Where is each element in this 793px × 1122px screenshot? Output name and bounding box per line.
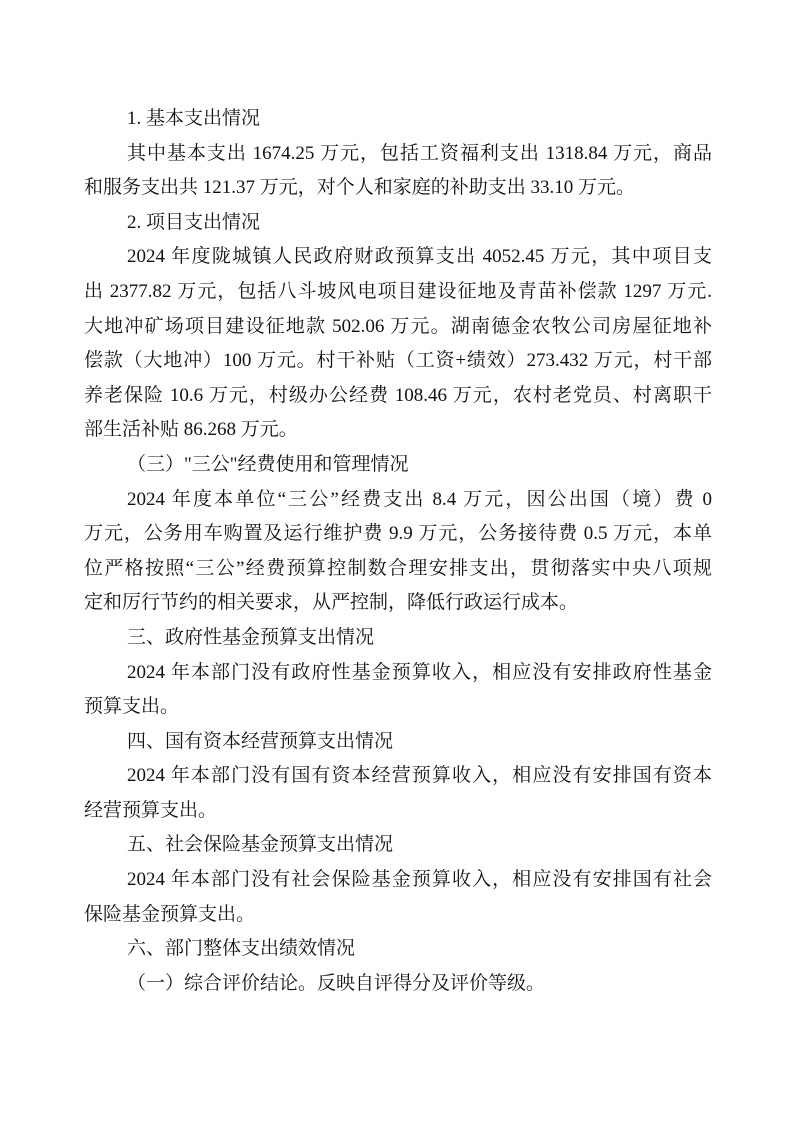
text-line: 预算支出。: [84, 690, 712, 725]
text-line: 2024 年度陇城镇人民政府财政预算支出 4052.45 万元，其中项目支: [84, 240, 712, 275]
text-line: 2024 年度本单位“三公”经费支出 8.4 万元，因公出国（境）费 0: [84, 483, 712, 518]
text-line: 2. 项目支出情况: [84, 206, 712, 241]
text-line: 2024 年本部门没有国有资本经营预算收入，相应没有安排国有资本: [84, 759, 712, 794]
text-line: 1. 基本支出情况: [84, 102, 712, 137]
text-line: 六、部门整体支出绩效情况: [84, 932, 712, 967]
text-line: 四、国有资本经营预算支出情况: [84, 725, 712, 760]
text-line: 2024 年本部门没有政府性基金预算收入，相应没有安排政府性基金: [84, 656, 712, 691]
document-page: 1. 基本支出情况其中基本支出 1674.25 万元，包括工资福利支出 1318…: [0, 0, 793, 1122]
document-body: 1. 基本支出情况其中基本支出 1674.25 万元，包括工资福利支出 1318…: [84, 102, 712, 1001]
text-line: 万元，公务用车购置及运行维护费 9.9 万元，公务接待费 0.5 万元，本单: [84, 517, 712, 552]
text-line: 五、社会保险基金预算支出情况: [84, 828, 712, 863]
text-line: 三、政府性基金预算支出情况: [84, 621, 712, 656]
text-line: 2024 年本部门没有社会保险基金预算收入，相应没有安排国有社会: [84, 863, 712, 898]
text-line: 偿款（大地冲）100 万元。村干补贴（工资+绩效）273.432 万元，村干部: [84, 344, 712, 379]
text-line: 定和厉行节约的相关要求，从严控制，降低行政运行成本。: [84, 586, 712, 621]
text-line: 大地冲矿场项目建设征地款 502.06 万元。湖南德金农牧公司房屋征地补: [84, 310, 712, 345]
text-line: 出 2377.82 万元，包括八斗坡风电项目建设征地及青苗补偿款 1297 万元…: [84, 275, 712, 310]
text-line: （一）综合评价结论。反映自评得分及评价等级。: [84, 967, 712, 1002]
text-line: 和服务支出共 121.37 万元，对个人和家庭的补助支出 33.10 万元。: [84, 171, 712, 206]
text-line: 保险基金预算支出。: [84, 898, 712, 933]
text-line: 位严格按照“三公”经费预算控制数合理安排支出，贯彻落实中央八项规: [84, 552, 712, 587]
text-line: （三）"三公"经费使用和管理情况: [84, 448, 712, 483]
text-line: 经营预算支出。: [84, 794, 712, 829]
text-line: 其中基本支出 1674.25 万元，包括工资福利支出 1318.84 万元，商品: [84, 137, 712, 172]
text-line: 养老保险 10.6 万元，村级办公经费 108.46 万元，农村老党员、村离职干: [84, 379, 712, 414]
text-line: 部生活补贴 86.268 万元。: [84, 413, 712, 448]
